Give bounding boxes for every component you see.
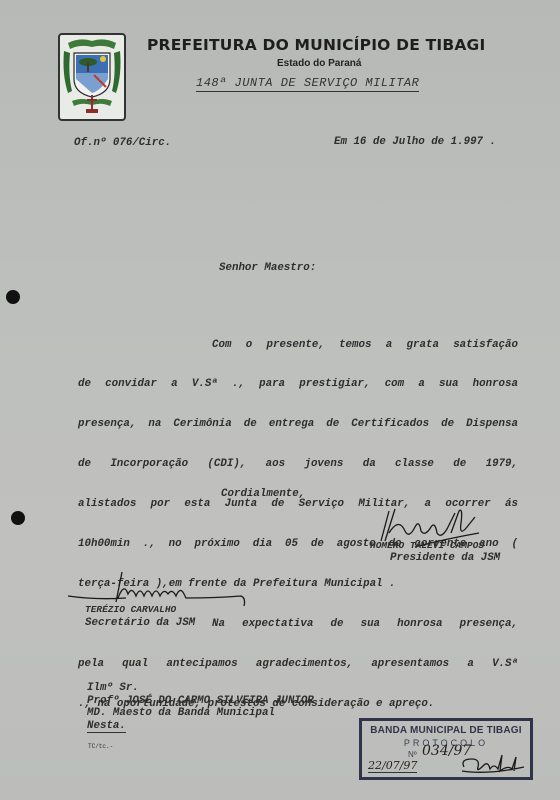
closing: Cordialmente, [221,488,305,500]
letter-date: Em 16 de Julho de 1.997 . [334,136,496,148]
recipient-title: MD. Maesto da Banda Municipal [87,707,275,719]
stamp-date: 22/07/97 [368,759,417,773]
typist-initials: TC/tc.- [88,743,113,750]
recipient-honorific: Ilmº Sr. [87,682,139,694]
body-line: pela qual antecipamos agradecimentos, ap… [78,658,518,671]
president-name: HOMERO TALEVI CAMPOS [370,540,484,551]
state-name: Estado do Paraná [277,58,361,69]
body-line: Com o presente, temos a grata satisfação [78,339,518,352]
punch-hole-bottom [11,511,25,525]
body-line: presença, na Cerimônia de entrega de Cer… [78,418,518,431]
stamp-signature-icon [458,753,528,775]
protocol-stamp: BANDA MUNICIPAL DE TIBAGI PROTOCOLO Nº 0… [359,718,533,780]
stamp-number-label: Nº [408,750,417,759]
recipient-name: Profº JOSÉ DO CARMO SILVEIRA JUNIOR [87,695,314,707]
office-number: Of.nº 076/Circ. [74,137,171,149]
punch-hole-top [6,290,20,304]
body-line: de Incorporação (CDI), aos jovens da cla… [78,458,518,471]
president-role: Presidente da JSM [390,552,500,564]
military-board-subtitle: 148ª JUNTA DE SERVIÇO MILITAR [196,76,419,92]
secretary-name: TERÉZIO CARVALHO [85,604,176,615]
municipality-title: PREFEITURA DO MUNICÍPIO DE TIBAGI [147,36,485,54]
secretary-signature-icon [66,568,256,608]
secretary-role: Secretário da JSM [85,617,195,629]
body-line: de convidar a V.Sª ., para prestigiar, c… [78,378,518,391]
salutation: Senhor Maestro: [219,262,316,274]
stamp-title: BANDA MUNICIPAL DE TIBAGI [362,725,530,736]
recipient-location: Nesta. [87,720,126,733]
coat-of-arms-icon [58,33,126,121]
